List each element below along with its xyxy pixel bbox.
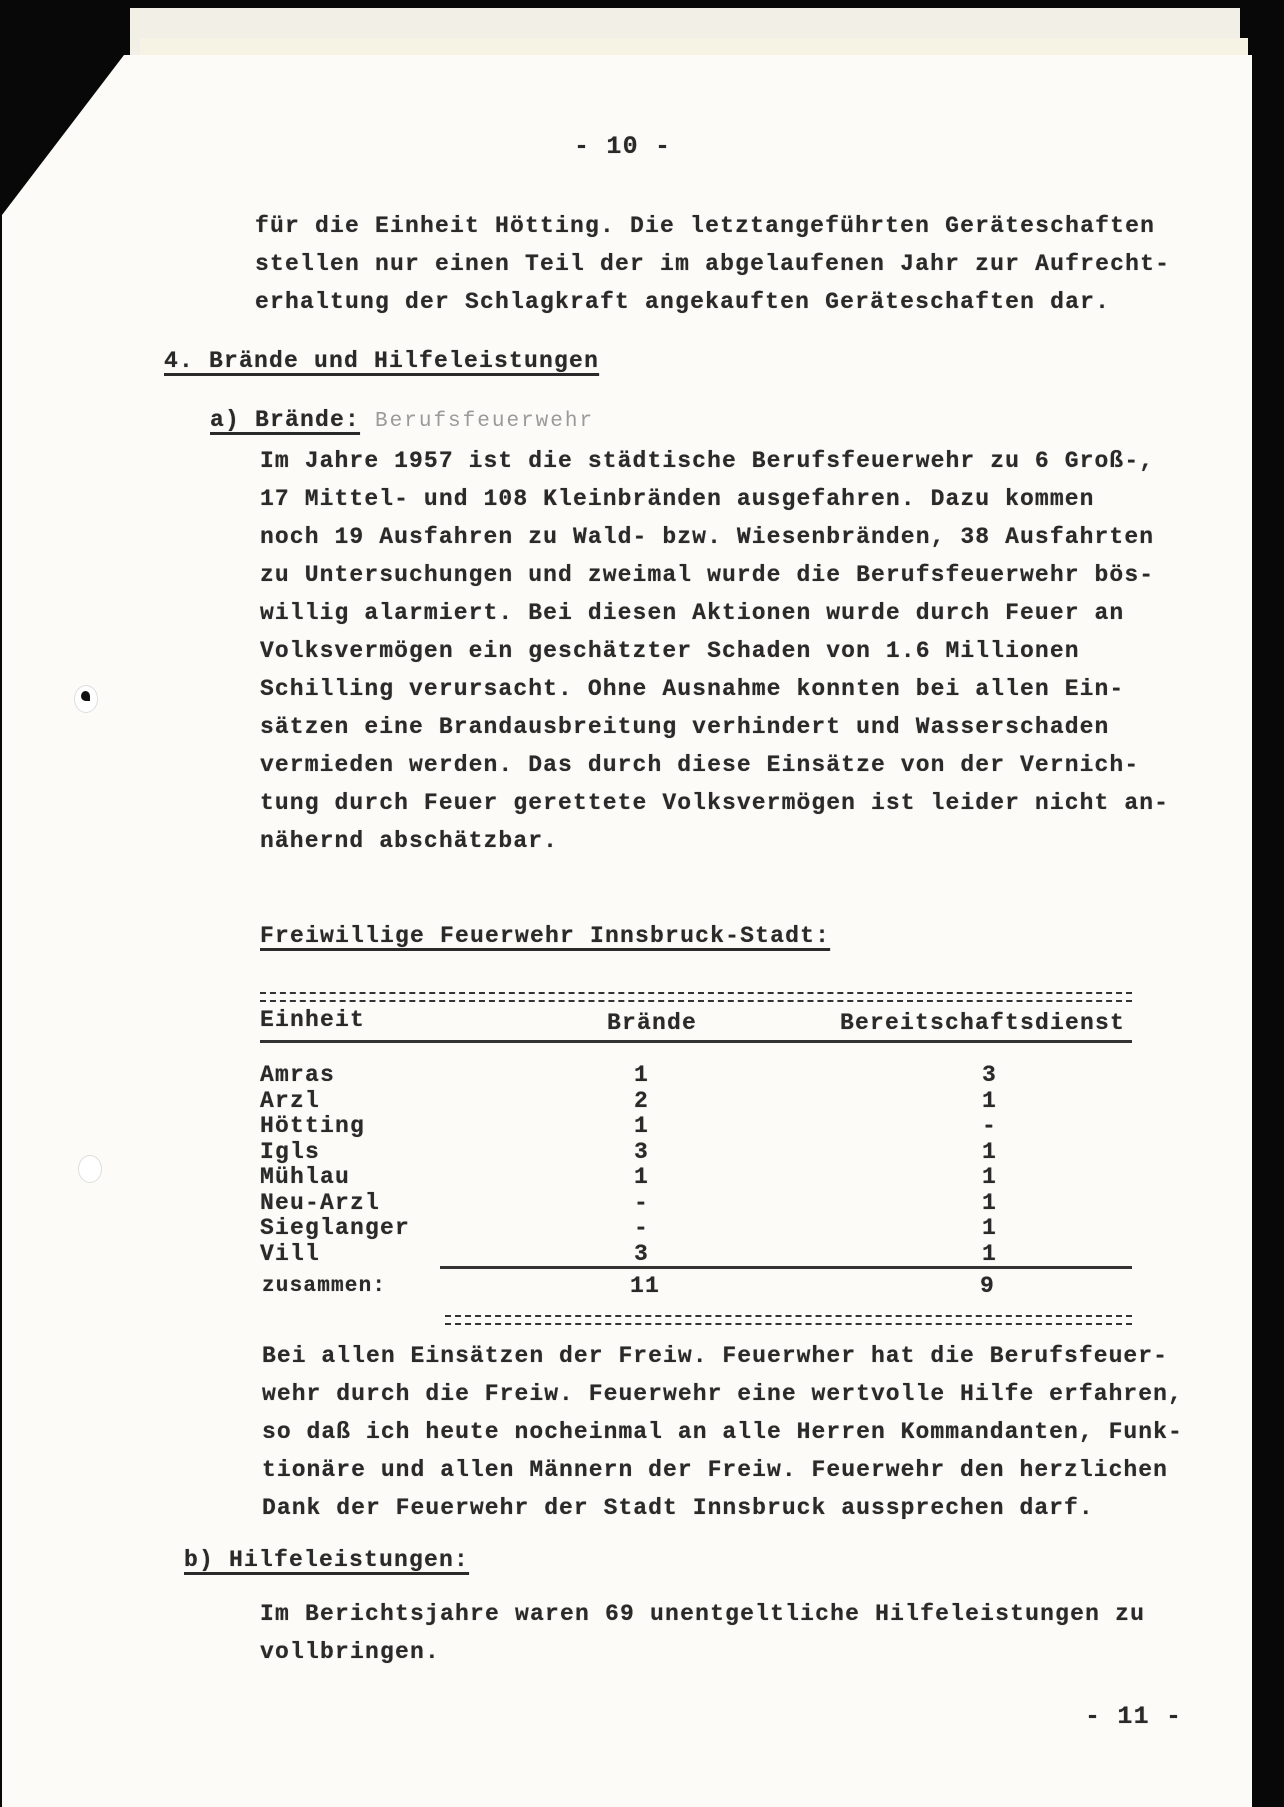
table-bottom-rule (445, 1315, 1132, 1325)
table-top-rule (260, 992, 1132, 1002)
page-number-top: - 10 - (574, 132, 671, 161)
text-line: tionäre und allen Männern der Freiw. Feu… (262, 1457, 1183, 1495)
closing-paragraph: Bei allen Einsätzen der Freiw. Feuerwher… (262, 1343, 1183, 1533)
text-line: wehr durch die Freiw. Feuerwehr eine wer… (262, 1381, 1183, 1419)
table-header-standby: Bereitschaftsdienst (840, 1010, 1125, 1035)
text-line: so daß ich heute nocheinmal an alle Herr… (262, 1419, 1183, 1457)
text-line: Volksvermögen ein geschätzter Schaden vo… (260, 638, 1169, 676)
intro-paragraph: für die Einheit Hötting. Die letztangefü… (255, 213, 1170, 327)
text-line: stellen nur einen Teil der im abgelaufen… (255, 251, 1170, 289)
text-line: zu Untersuchungen und zweimal wurde die … (260, 562, 1169, 600)
cell-standby: 1 (982, 1139, 997, 1164)
cell-unit: Amras (260, 1062, 335, 1087)
cell-unit: Hötting (260, 1113, 365, 1138)
text-line: Im Berichtsjahre waren 69 unentgeltliche… (260, 1601, 1145, 1639)
document-page: - 10 - für die Einheit Hötting. Die letz… (2, 55, 1252, 1807)
text-line: noch 19 Ausfahren zu Wald- bzw. Wiesenbr… (260, 524, 1169, 562)
cell-fires: - (634, 1190, 649, 1215)
text-line: 17 Mittel- und 108 Kleinbränden ausgefah… (260, 486, 1169, 524)
total-standby: 9 (980, 1273, 995, 1298)
text-line: erhaltung der Schlagkraft angekauften Ge… (255, 289, 1170, 327)
fire-report-paragraph: Im Jahre 1957 ist die städtische Berufsf… (260, 448, 1169, 866)
table-sum-rule (440, 1266, 1132, 1269)
cell-fires: 1 (634, 1164, 649, 1189)
cell-standby: - (982, 1113, 997, 1138)
cell-standby: 1 (982, 1088, 997, 1113)
text-line: nähernd abschätzbar. (260, 828, 1169, 866)
punch-hole (74, 685, 98, 713)
table-title: Freiwillige Feuerwehr Innsbruck-Stadt: (260, 923, 830, 949)
cell-fires: - (634, 1215, 649, 1240)
cell-standby: 1 (982, 1190, 997, 1215)
cell-fires: 1 (634, 1113, 649, 1138)
cell-fires: 1 (634, 1062, 649, 1087)
table-header-rule (260, 1040, 1132, 1043)
cell-unit: Sieglanger (260, 1215, 410, 1240)
cell-fires: 3 (634, 1139, 649, 1164)
cell-unit: Igls (260, 1139, 320, 1164)
section-heading: 4. Brände und Hilfeleistungen (164, 348, 599, 374)
text-line: sätzen eine Brandausbreitung verhindert … (260, 714, 1169, 752)
subsection-a-heading: a) Brände: Berufsfeuerwehr (210, 407, 594, 433)
text-line: vollbringen. (260, 1639, 1145, 1677)
total-fires: 11 (630, 1273, 660, 1298)
cell-standby: 1 (982, 1241, 997, 1266)
table-header-fires: Brände (607, 1010, 697, 1035)
text-line: vermieden werden. Das durch diese Einsät… (260, 752, 1169, 790)
cell-standby: 3 (982, 1062, 997, 1087)
text-line: für die Einheit Hötting. Die letztangefü… (255, 213, 1170, 251)
total-label: zusammen: (262, 1275, 386, 1300)
assistance-paragraph: Im Berichtsjahre waren 69 unentgeltliche… (260, 1601, 1145, 1677)
text-line: willig alarmiert. Bei diesen Aktionen wu… (260, 600, 1169, 638)
text-line: Bei allen Einsätzen der Freiw. Feuerwher… (262, 1343, 1183, 1381)
text-line: tung durch Feuer gerettete Volksvermögen… (260, 790, 1169, 828)
cell-unit: Neu-Arzl (260, 1190, 380, 1215)
subsection-a-annotation: Berufsfeuerwehr (375, 410, 594, 433)
subsection-b-heading: b) Hilfeleistungen: (184, 1547, 469, 1573)
text-line: Schilling verursacht. Ohne Ausnahme konn… (260, 676, 1169, 714)
cell-fires: 2 (634, 1088, 649, 1113)
subsection-a-label: a) Brände: (210, 407, 360, 433)
cell-standby: 1 (982, 1164, 997, 1189)
cell-unit: Mühlau (260, 1164, 350, 1189)
cell-fires: 3 (634, 1241, 649, 1266)
page-number-bottom: - 11 - (1085, 1702, 1182, 1731)
text-line: Dank der Feuerwehr der Stadt Innsbruck a… (262, 1495, 1183, 1533)
table-header-unit: Einheit (260, 1007, 365, 1032)
cell-standby: 1 (982, 1215, 997, 1240)
text-line: Im Jahre 1957 ist die städtische Berufsf… (260, 448, 1169, 486)
cell-unit: Arzl (260, 1088, 320, 1113)
cell-unit: Vill (260, 1241, 320, 1266)
punch-hole (78, 1155, 102, 1183)
